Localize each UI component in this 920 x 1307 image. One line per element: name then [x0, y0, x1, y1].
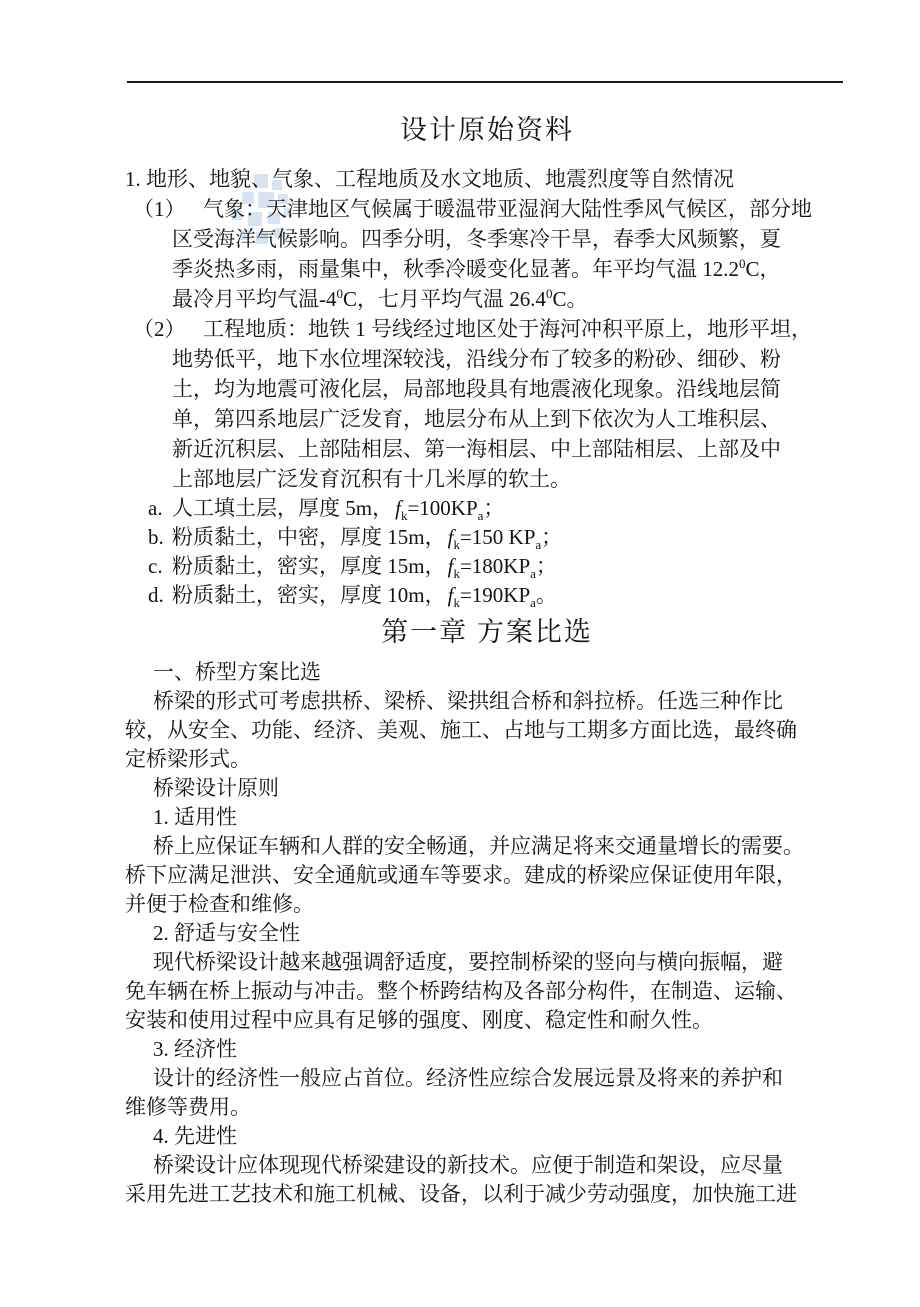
paragraph-1-line-3: 定桥梁形式。 [125, 745, 849, 774]
geology-item-line-3: 土，均为地震可液化层，局部地段具有地震液化现象。沿线地层简 [172, 374, 849, 404]
paragraph-1-line-2: 较，从安全、功能、经济、美观、施工、占地与工期多方面比选，最终确 [125, 716, 849, 745]
soil-layer-value: =180KP [460, 554, 530, 578]
paragraph-1-line-1: 桥梁的形式可考虑拱桥、梁桥、梁拱组合桥和斜拉桥。任选三种作比 [153, 687, 849, 716]
geology-item-line-4: 单，第四系地层广泛发育，地层分布从上到下依次为人工堆积层、 [172, 404, 849, 434]
weather-text-3b: C， [746, 257, 781, 281]
principle-4-title: 4. 先进性 [153, 1122, 849, 1151]
nature-section-heading: 1. 地形、地貌、气象、工程地质及水文地质、地震烈度等自然情况 [125, 164, 849, 194]
soil-layer-desc: 粉质黏土，密实，厚度 10m， [172, 583, 446, 607]
geology-item-line-6: 上部地层广泛发育沉积有十几米厚的软土。 [172, 464, 849, 494]
principle-2-line-3: 安装和使用过程中应具有足够的强度、刚度、稳定性和耐久性。 [125, 1006, 849, 1035]
principle-1-line-3: 并便于检查和维修。 [125, 890, 849, 919]
soil-layer-tail: 。 [536, 583, 557, 607]
principle-4-line-2: 采用先进工艺技术和施工机械、设备，以利于减少劳动强度，加快施工进 [125, 1180, 849, 1209]
subsection-title-design-principles: 桥梁设计原则 [153, 774, 849, 803]
principle-1-line-2: 桥下应满足泄洪、安全通航或通车等要求。建成的桥梁应保证使用年限， [125, 861, 849, 890]
weather-item-label: （1） [133, 194, 203, 224]
soil-layer-tail: ； [536, 554, 557, 578]
soil-layer-item-d: d.粉质黏土，密实，厚度 10m，fk=190KPa。 [148, 581, 849, 610]
soil-layer-letter: c. [148, 552, 172, 581]
soil-layer-desc: 人工填土层，厚度 5m， [172, 496, 393, 520]
document-content: 设计原始资料 1. 地形、地貌、气象、工程地质及水文地质、地震烈度等自然情况 （… [125, 0, 849, 1209]
weather-text-4a: 最冷月平均气温-4 [172, 287, 337, 311]
weather-item-line-2: 区受海洋气候影响。四季分明，冬季寒冷干旱，春季大风频繁，夏 [172, 224, 849, 254]
weather-item-line-1: （1）气象：天津地区气候属于暖温带亚湿润大陆性季风气候区，部分地 [133, 194, 849, 224]
principle-4-line-1: 桥梁设计应体现现代桥梁建设的新技术。应便于制造和架设，应尽量 [153, 1151, 849, 1180]
principle-2-line-2: 免车辆在桥上振动与冲击。整个桥跨结构及各部分构件，在制造、运输、 [125, 977, 849, 1006]
soil-layer-item-c: c.粉质黏土，密实，厚度 15m，fk=180KPa； [148, 552, 849, 581]
soil-layer-letter: b. [148, 523, 172, 552]
soil-layer-item-b: b.粉质黏土，中密，厚度 15m，fk=150 KPa； [148, 523, 849, 552]
fk-symbol: f [393, 496, 401, 520]
principle-3-line-1: 设计的经济性一般应占首位。经济性应综合发展远景及将来的养护和 [153, 1064, 849, 1093]
soil-layer-letter: a. [148, 494, 172, 523]
geology-item-label: （2） [133, 314, 203, 344]
soil-layer-desc: 粉质黏土，密实，厚度 15m， [172, 554, 446, 578]
title-spacer [125, 150, 849, 164]
document-title: 设计原始资料 [125, 110, 849, 150]
document-page: 设计原始资料 1. 地形、地貌、气象、工程地质及水文地质、地震烈度等自然情况 （… [0, 0, 920, 1307]
subsection-title-bridge-comparison: 一、桥型方案比选 [153, 658, 849, 687]
principle-1-line-1: 桥上应保证车辆和人群的安全畅通，并应满足将来交通量增长的需要。 [153, 832, 849, 861]
weather-text-4b: C，七月平均气温 26.4 [343, 287, 546, 311]
chapter-heading: 第一章 方案比选 [125, 612, 849, 652]
geology-item-line-1: （2）工程地质：地铁 1 号线经过地区处于海河冲积平原上，地形平坦， [133, 314, 849, 344]
soil-layer-tail: ； [541, 525, 562, 549]
weather-item-line-4: 最冷月平均气温-40C，七月平均气温 26.40C。 [172, 284, 849, 314]
soil-layer-item-a: a.人工填土层，厚度 5m，fk=100KPa； [148, 494, 849, 523]
principle-3-title: 3. 经济性 [153, 1035, 849, 1064]
geology-item-line-5: 新近沉积层、上部陆相层、第一海相层、中上部陆相层、上部及中 [172, 434, 849, 464]
soil-layer-value: =150 KP [460, 525, 535, 549]
soil-layer-letter: d. [148, 581, 172, 610]
weather-text-1: 气象：天津地区气候属于暖温带亚湿润大陆性季风气候区，部分地 [203, 197, 812, 221]
soil-layer-value: =190KP [460, 583, 530, 607]
principle-1-title: 1. 适用性 [153, 803, 849, 832]
soil-layer-value: =100KP [407, 496, 477, 520]
geology-item-line-2: 地势低平，地下水位埋深较浅，沿线分布了较多的粉砂、细砂、粉 [172, 344, 849, 374]
principle-3-line-2: 维修等费用。 [125, 1093, 849, 1122]
soil-layer-desc: 粉质黏土，中密，厚度 15m， [172, 525, 446, 549]
weather-item-line-3: 季炎热多雨，雨量集中，秋季冷暖变化显著。年平均气温 12.20C， [172, 254, 849, 284]
principle-2-line-1: 现代桥梁设计越来越强调舒适度，要控制桥梁的竖向与横向振幅，避 [153, 948, 849, 977]
weather-text-4c: C。 [553, 287, 588, 311]
weather-text-3a: 季炎热多雨，雨量集中，秋季冷暖变化显著。年平均气温 12.2 [172, 257, 739, 281]
principle-2-title: 2. 舒适与安全性 [153, 919, 849, 948]
soil-layer-tail: ； [483, 496, 504, 520]
geology-text-1: 工程地质：地铁 1 号线经过地区处于海河冲积平原上，地形平坦， [203, 317, 812, 341]
